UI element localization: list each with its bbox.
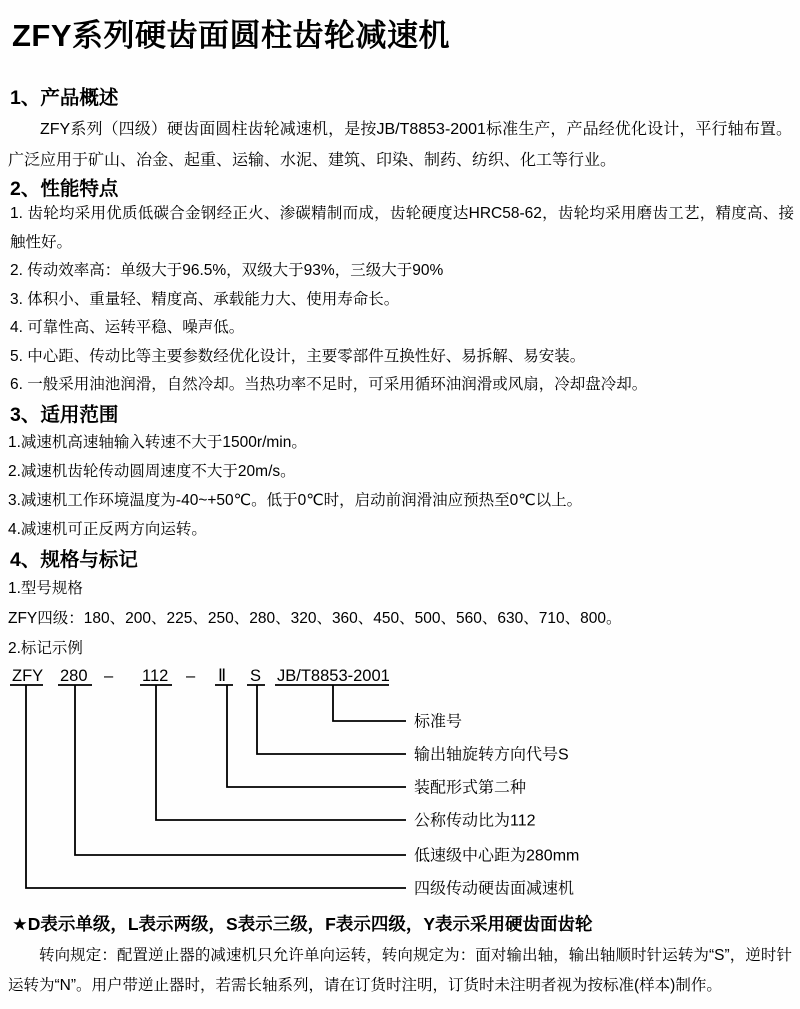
section-heading-spec: 4、规格与标记	[10, 549, 800, 571]
diagram-code-dash: –	[186, 667, 196, 685]
spec-models-line: ZFY四级：180、200、225、250、280、320、360、450、50…	[8, 604, 792, 634]
application-item: 4.减速机可正反两方向运转。	[8, 515, 792, 544]
features-list: 1. 齿轮均采用优质低碳合金钢经正火、渗碳精制而成，齿轮硬度达HRC58-62，…	[10, 200, 794, 400]
diagram-label-ratio: 公称传动比为112	[414, 811, 536, 829]
application-list: 1.减速机高速轴输入转速不大于1500r/min。 2.减速机齿轮传动圆周速度不…	[8, 428, 792, 544]
spec-subheading-models: 1.型号规格	[8, 574, 792, 604]
document-page: ZFY系列硬齿面圆柱齿轮减速机 1、产品概述 ZFY系列（四级）硬齿面圆柱齿轮减…	[0, 0, 800, 1009]
feature-item: 6. 一般采用油池润滑，自然冷却。当热功率不足时，可采用循环油润滑或风扇，冷却盘…	[10, 371, 794, 400]
connector-line	[227, 685, 406, 787]
diagram-label-series: 四级传动硬齿面减速机	[414, 879, 574, 897]
diagram-code-ratio: 112	[142, 667, 168, 685]
feature-item: 2. 传动效率高：单级大于96.5%，双级大于93%，三级大于90%	[10, 257, 794, 286]
feature-item: 1. 齿轮均采用优质低碳合金钢经正火、渗碳精制而成，齿轮硬度达HRC58-62，…	[10, 200, 794, 257]
page-title: ZFY系列硬齿面圆柱齿轮减速机	[12, 16, 800, 56]
diagram-label-center-distance: 低速级中心距为280mm	[414, 846, 579, 864]
application-item: 1.减速机高速轴输入转速不大于1500r/min。	[8, 428, 792, 457]
overview-paragraph: ZFY系列（四级）硬齿面圆柱齿轮减速机，是按JB/T8853-2001标准生产，…	[8, 114, 792, 176]
spec-subheading-example: 2.标记示例	[8, 634, 792, 664]
diagram-code-series: ZFY	[12, 667, 43, 685]
diagram-code-dash: –	[104, 667, 114, 685]
connector-line	[156, 685, 406, 820]
section-heading-overview: 1、产品概述	[10, 87, 800, 109]
application-item: 3.减速机工作环境温度为-40~+50℃。低于0℃时，启动前润滑油应预热至0℃以…	[8, 486, 792, 515]
diagram-label-rotation: 输出轴旋转方向代号S	[414, 745, 569, 763]
connector-line	[75, 685, 406, 855]
connector-line	[333, 685, 406, 721]
marking-diagram: ZFY 280 – 112 – Ⅱ S JB/T8853-2001 标准号 输出…	[0, 661, 800, 906]
footnote-rotation-note: 转向规定：配置逆止器的减速机只允许单向运转，转向规定为：面对输出轴，输出轴顺时针…	[8, 941, 792, 1001]
diagram-code-center: 280	[60, 667, 88, 685]
diagram-label-standard: 标准号	[414, 712, 462, 730]
diagram-code-rotation: S	[250, 667, 261, 685]
footnote-star-line: ★D表示单级，L表示两级，S表示三级，F表示四级，Y表示采用硬齿面齿轮	[12, 912, 800, 936]
section-heading-features: 2、性能特点	[10, 178, 800, 200]
diagram-code-standard: JB/T8853-2001	[277, 667, 390, 685]
connector-line	[257, 685, 406, 754]
application-item: 2.减速机齿轮传动圆周速度不大于20m/s。	[8, 457, 792, 486]
feature-item: 3. 体积小、重量轻、精度高、承载能力大、使用寿命长。	[10, 286, 794, 315]
diagram-code-assembly: Ⅱ	[218, 667, 226, 685]
feature-item: 5. 中心距、传动比等主要参数经优化设计，主要零部件互换性好、易拆解、易安装。	[10, 343, 794, 372]
feature-item: 4. 可靠性高、运转平稳、噪声低。	[10, 314, 794, 343]
section-heading-application: 3、适用范围	[10, 404, 800, 426]
diagram-label-assembly: 装配形式第二种	[414, 778, 526, 796]
